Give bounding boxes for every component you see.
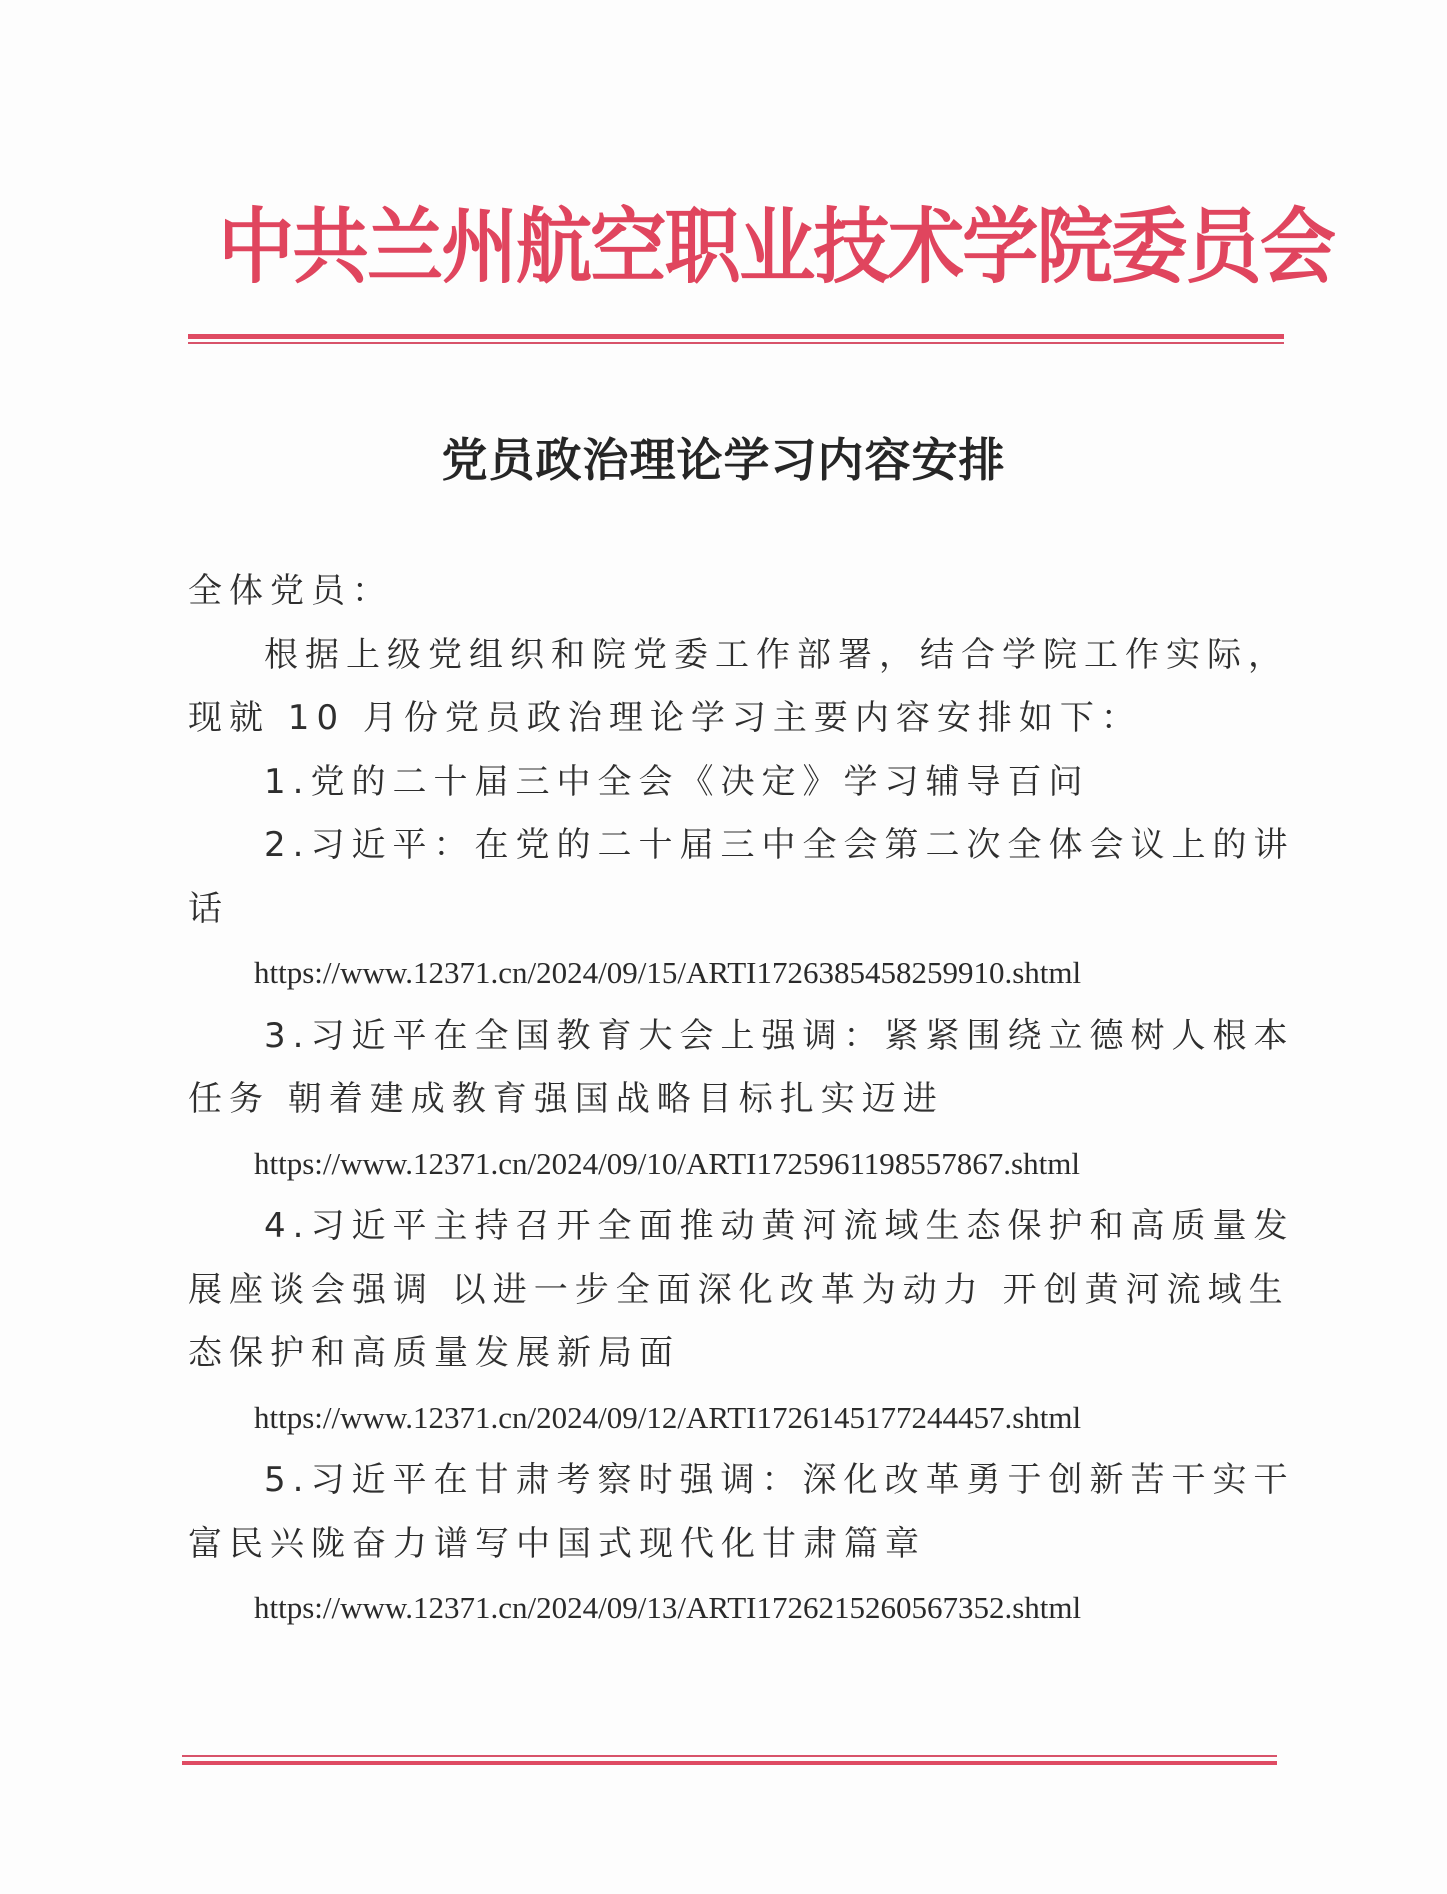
study-item-4-line-1: 4.习近平主持召开全面推动黄河流域生态保护和高质量发 [188,1195,1273,1259]
rule-thin-line [188,342,1284,344]
footer-double-rule [182,1755,1277,1769]
study-item-5-link[interactable]: https://www.12371.cn/2024/09/13/ARTI1726… [188,1576,1273,1640]
rule-thick-line [182,1761,1277,1765]
study-item-3-link[interactable]: https://www.12371.cn/2024/09/10/ARTI1725… [188,1132,1273,1196]
intro-line: 现就 10 月份党员政治理论学习主要内容安排如下： [188,687,1273,751]
study-item-4-link[interactable]: https://www.12371.cn/2024/09/12/ARTI1726… [188,1386,1273,1450]
intro-line: 根据上级党组织和院党委工作部署，结合学院工作实际， [188,624,1273,688]
salutation: 全体党员： [188,560,1273,624]
rule-thin-line [182,1755,1277,1757]
document-page: 中共兰州航空职业技术学院委员会 党员政治理论学习内容安排 全体党员： 根据上级党… [0,0,1447,1894]
header-double-rule [188,334,1284,346]
rule-thick-line [188,334,1284,339]
study-item-5-line-2: 富民兴陇奋力谱写中国式现代化甘肃篇章 [188,1513,1273,1577]
study-item-2-link[interactable]: https://www.12371.cn/2024/09/15/ARTI1726… [188,941,1273,1005]
document-title: 党员政治理论学习内容安排 [0,428,1447,492]
study-item-5-line-1: 5.习近平在甘肃考察时强调：深化改革勇于创新苦干实干 [188,1449,1273,1513]
study-item-3-line-2: 任务 朝着建成教育强国战略目标扎实迈进 [188,1068,1273,1132]
study-item-2-line-1: 2.习近平：在党的二十届三中全会第二次全体会议上的讲 [188,814,1273,878]
study-item-4-line-3: 态保护和高质量发展新局面 [188,1322,1273,1386]
document-body: 全体党员： 根据上级党组织和院党委工作部署，结合学院工作实际， 现就 10 月份… [188,560,1273,1640]
study-item-1-line-1: 1.党的二十届三中全会《决定》学习辅导百问 [188,751,1273,815]
study-item-2-line-2: 话 [188,878,1273,942]
study-item-4-line-2: 展座谈会强调 以进一步全面深化改革为动力 开创黄河流域生 [188,1259,1273,1323]
organization-header: 中共兰州航空职业技术学院委员会 [218,198,1232,298]
study-item-3-line-1: 3.习近平在全国教育大会上强调：紧紧围绕立德树人根本 [188,1005,1273,1069]
